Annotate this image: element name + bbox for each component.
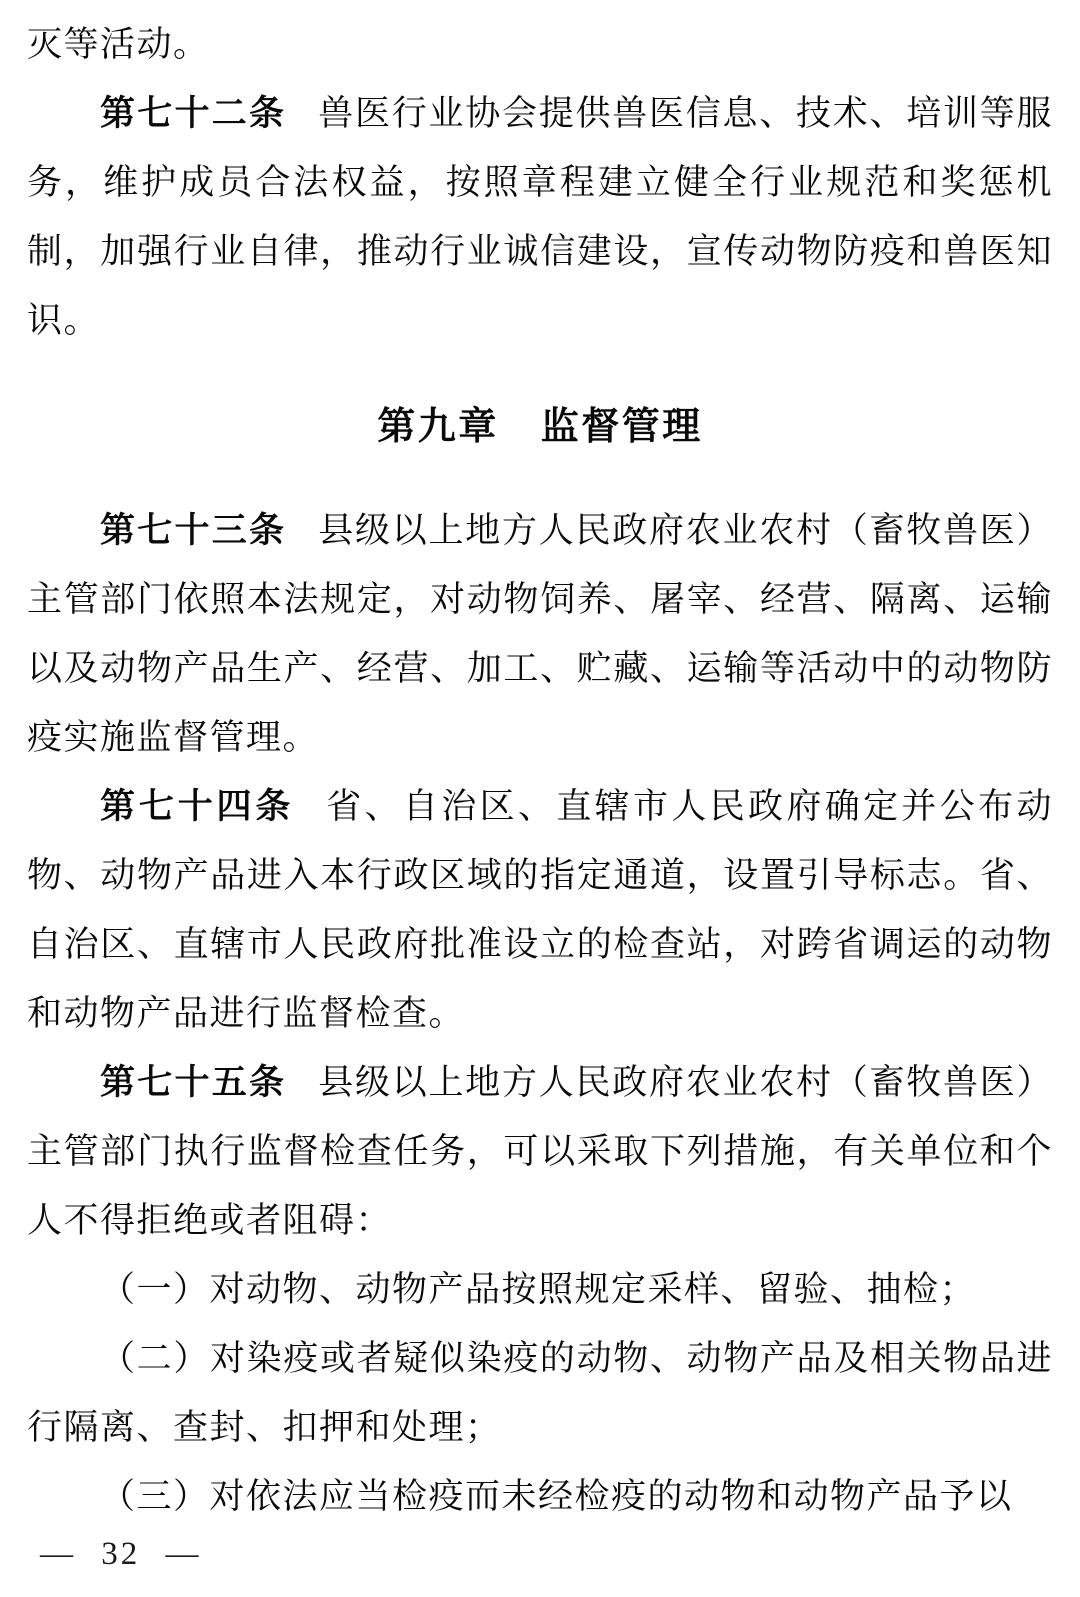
article-72-paragraph: 第七十二条兽医行业协会提供兽医信息、技术、培训等服务，维护成员合法权益，按照章程… <box>27 79 1053 355</box>
chapter-title: 监督管理 <box>541 406 703 448</box>
article-74-paragraph: 第七十四条省、自治区、直辖市人民政府确定并公布动物、动物产品进入本行政区域的指定… <box>27 772 1053 1048</box>
article-73-paragraph: 第七十三条县级以上地方人民政府农业农村（畜牧兽医）主管部门依照本法规定，对动物饲… <box>27 496 1053 772</box>
list-item-2: （二）对染疫或者疑似染疫的动物、动物产品及相关物品进行隔离、查封、扣押和处理； <box>27 1324 1053 1462</box>
list-item-3: （三）对依法应当检疫而未经检疫的动物和动物产品予以 <box>27 1462 1053 1531</box>
article-75-paragraph: 第七十五条县级以上地方人民政府农业农村（畜牧兽医）主管部门执行监督检查任务，可以… <box>27 1048 1053 1255</box>
article-74-label: 第七十四条 <box>100 787 294 826</box>
document-page: 灭等活动。 第七十二条兽医行业协会提供兽医信息、技术、培训等服务，维护成员合法权… <box>0 0 1080 1597</box>
chapter-heading: 第九章监督管理 <box>27 393 1053 462</box>
continuation-paragraph: 灭等活动。 <box>27 10 1053 79</box>
list-item-1: （一）对动物、动物产品按照规定采样、留验、抽检； <box>27 1255 1053 1324</box>
article-72-label: 第七十二条 <box>100 94 286 133</box>
chapter-number: 第九章 <box>377 406 499 448</box>
article-73-label: 第七十三条 <box>100 511 286 550</box>
article-75-label: 第七十五条 <box>100 1063 286 1102</box>
page-number: — 32 — <box>40 1533 202 1575</box>
